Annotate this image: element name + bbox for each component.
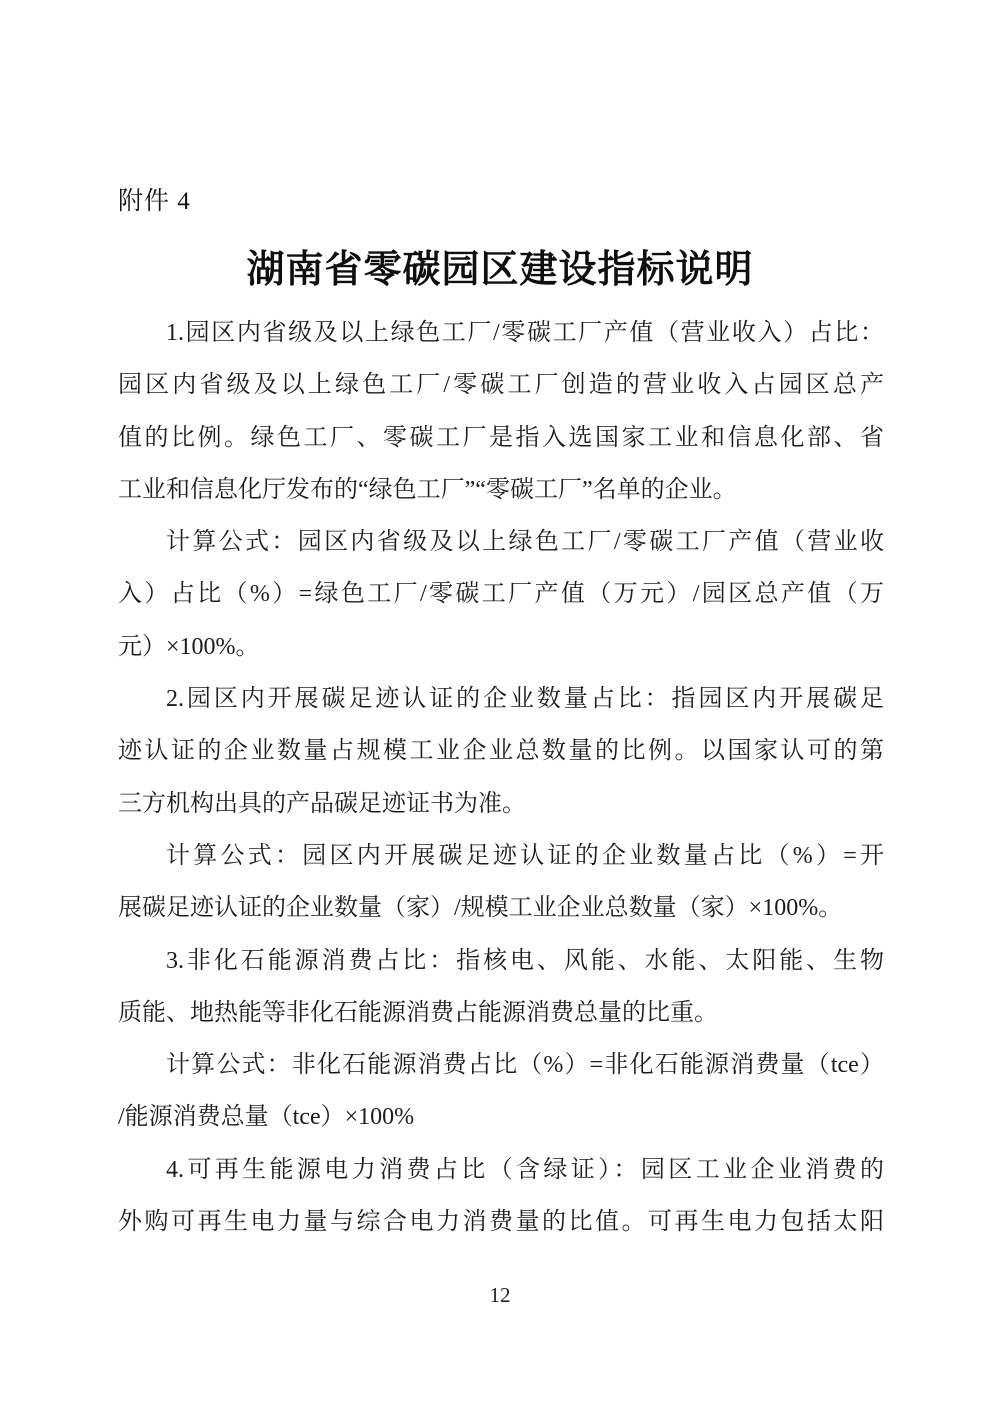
document-page: 附件 4 湖南省零碳园区建设指标说明 1.园区内省级及以上绿色工厂/零碳工厂产值…	[0, 0, 1000, 1414]
doc-line: 质能、地热能等非化石能源消费占能源消费总量的比重。	[118, 987, 884, 1039]
doc-line: 计算公式：园区内开展碳足迹认证的企业数量占比（%）=开	[118, 830, 884, 882]
doc-line: 1.园区内省级及以上绿色工厂/零碳工厂产值（营业收入）占比：	[118, 307, 884, 359]
doc-line: 园区内省级及以上绿色工厂/零碳工厂创造的营业收入占园区总产	[118, 359, 884, 411]
doc-line: 入）占比（%）=绿色工厂/零碳工厂产值（万元）/园区总产值（万	[118, 568, 884, 620]
doc-line: 3.非化石能源消费占比：指核电、风能、水能、太阳能、生物	[118, 935, 884, 987]
paragraph-indicator-2: 2.园区内开展碳足迹认证的企业数量占比：指园区内开展碳足 迹认证的企业数量占规模…	[118, 673, 884, 830]
doc-line: 4.可再生能源电力消费占比（含绿证）：园区工业企业消费的	[118, 1144, 884, 1196]
paragraph-indicator-1: 1.园区内省级及以上绿色工厂/零碳工厂产值（营业收入）占比： 园区内省级及以上绿…	[118, 307, 884, 516]
doc-line: /能源消费总量（tce）×100%	[118, 1091, 884, 1143]
paragraph-formula-1: 计算公式：园区内省级及以上绿色工厂/零碳工厂产值（营业收 入）占比（%）=绿色工…	[118, 516, 884, 673]
paragraph-indicator-3: 3.非化石能源消费占比：指核电、风能、水能、太阳能、生物 质能、地热能等非化石能…	[118, 935, 884, 1040]
attachment-label: 附件 4	[118, 181, 191, 217]
paragraph-indicator-4: 4.可再生能源电力消费占比（含绿证）：园区工业企业消费的 外购可再生电力量与综合…	[118, 1144, 884, 1249]
paragraph-formula-2: 计算公式：园区内开展碳足迹认证的企业数量占比（%）=开 展碳足迹认证的企业数量（…	[118, 830, 884, 935]
doc-line: 外购可再生电力量与综合电力消费量的比值。可再生电力包括太阳	[118, 1196, 884, 1248]
doc-line: 计算公式：非化石能源消费占比（%）=非化石能源消费量（tce）	[118, 1039, 884, 1091]
doc-line: 工业和信息化厅发布的“绿色工厂”“零碳工厂”名单的企业。	[118, 464, 884, 516]
doc-line: 三方机构出具的产品碳足迹证书为准。	[118, 778, 884, 830]
page-number: 12	[0, 1283, 1000, 1308]
document-body: 1.园区内省级及以上绿色工厂/零碳工厂产值（营业收入）占比： 园区内省级及以上绿…	[118, 307, 884, 1248]
doc-line: 计算公式：园区内省级及以上绿色工厂/零碳工厂产值（营业收	[118, 516, 884, 568]
doc-line: 2.园区内开展碳足迹认证的企业数量占比：指园区内开展碳足	[118, 673, 884, 725]
doc-line: 展碳足迹认证的企业数量（家）/规模工业企业总数量（家）×100%。	[118, 882, 884, 934]
doc-line: 迹认证的企业数量占规模工业企业总数量的比例。以国家认可的第	[118, 725, 884, 777]
doc-line: 元）×100%。	[118, 621, 884, 673]
page-title: 湖南省零碳园区建设指标说明	[0, 238, 1000, 293]
doc-line: 值的比例。绿色工厂、零碳工厂是指入选国家工业和信息化部、省	[118, 412, 884, 464]
paragraph-formula-3: 计算公式：非化石能源消费占比（%）=非化石能源消费量（tce） /能源消费总量（…	[118, 1039, 884, 1144]
